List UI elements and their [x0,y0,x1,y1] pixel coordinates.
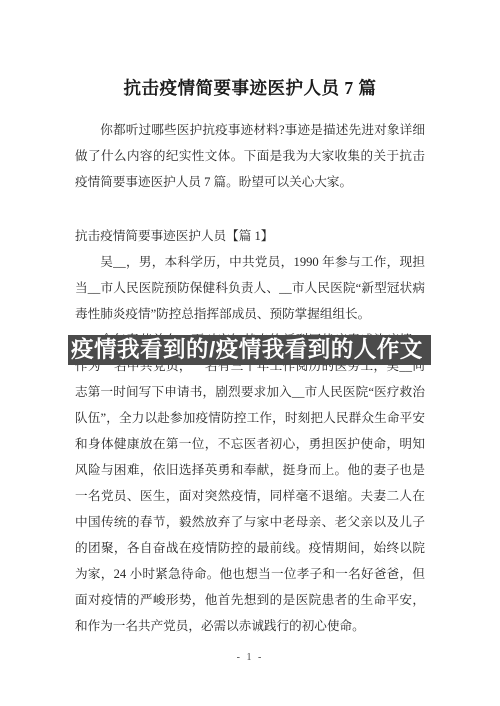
section-heading: 抗击疫情简要事迹医护人员【篇 1】 [75,223,425,249]
watermark-ad-banner-text: 疫情我看到的/疫情我看到的人作文 [68,335,431,365]
page-number: - 1 - [75,651,425,665]
document-page: 抗击疫情简要事迹医护人员 7 篇 你都听过哪些医护抗疫事迹材料?事迹是描述先进对… [0,0,500,706]
document-content: 抗击疫情简要事迹医护人员 7 篇 你都听过哪些医护抗疫事迹材料?事迹是描述先进对… [0,0,500,665]
watermark-ad-banner[interactable]: 疫情我看到的/疫情我看到的人作文 [68,335,431,365]
intro-paragraph: 你都听过哪些医护抗疫事迹材料?事迹是描述先进对象详细做了什么内容的纪实性文体。下… [75,117,425,195]
profile-paragraph: 吴__，男，本科学历，中共党员，1990 年参与工作，现担当__市人民医院预防保… [75,249,425,327]
story-paragraph: 今年春节前夕，面对突如其来的新型冠状病毒感染疫情，作为一名中共党员，一名有三十年… [75,327,425,639]
document-title: 抗击疫情简要事迹医护人员 7 篇 [75,76,425,100]
